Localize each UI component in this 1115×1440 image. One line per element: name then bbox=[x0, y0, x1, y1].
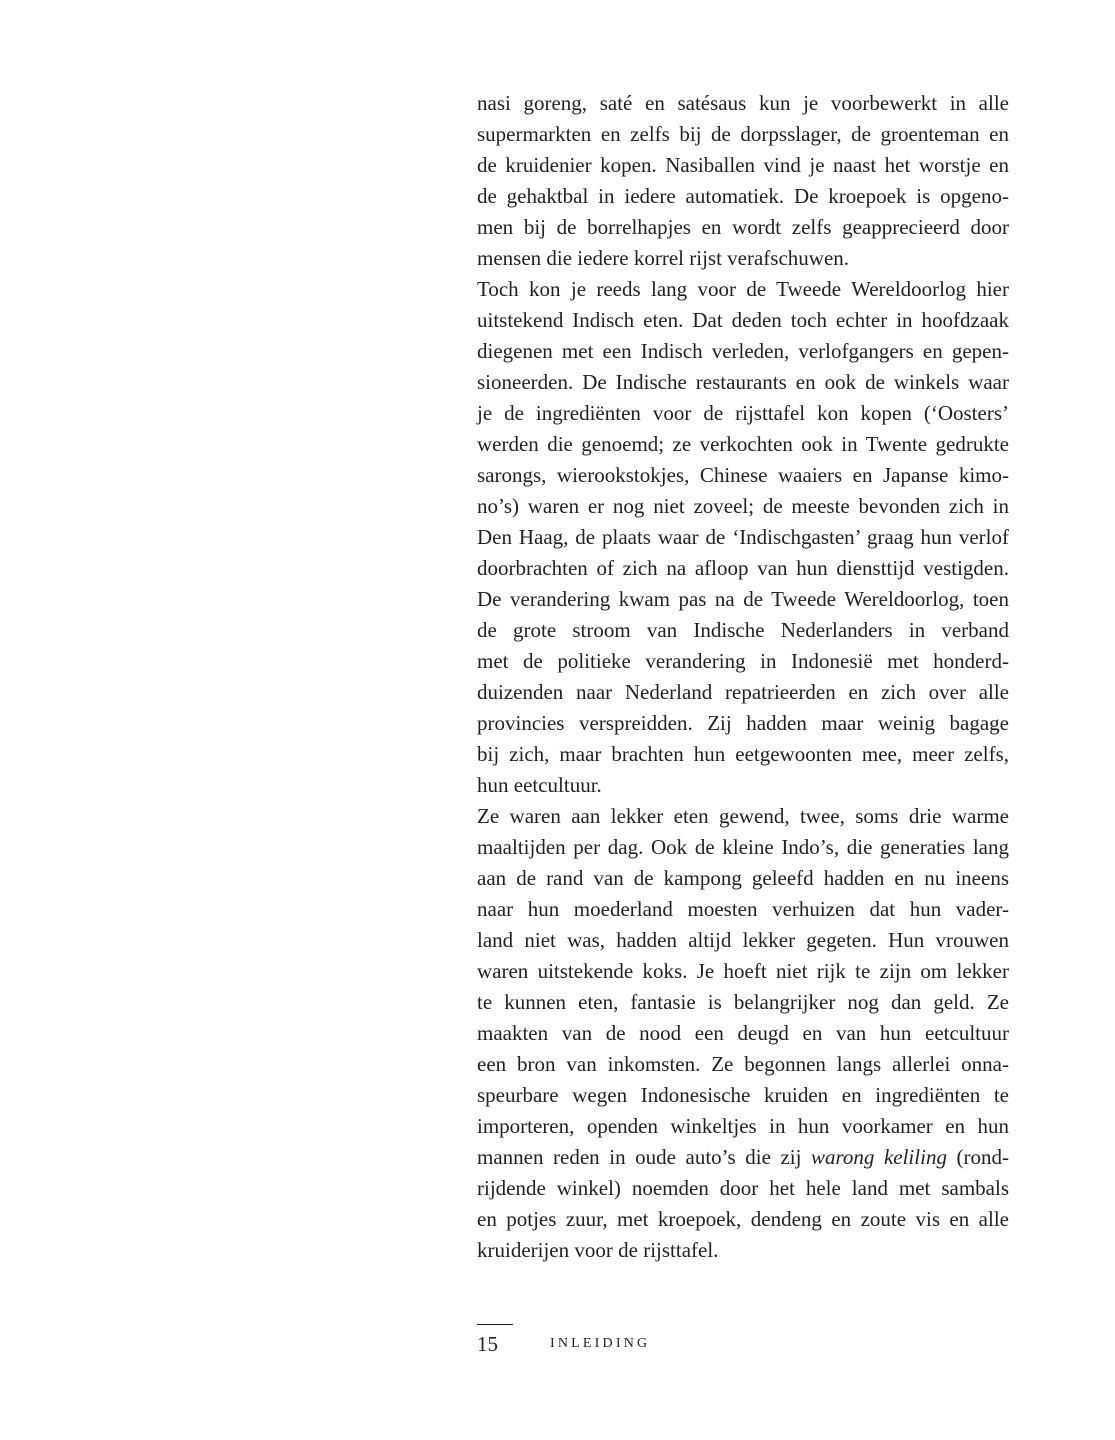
text-line: Den Haag, de plaats waar de ‘Indischgast… bbox=[477, 522, 1009, 553]
text-line-with-italic: mannen reden in oude auto’s die zij waro… bbox=[477, 1142, 1009, 1173]
text-line: en potjes zuur, met kroepoek, dendeng en… bbox=[477, 1204, 1009, 1235]
text-line: land niet was, hadden altijd lekker gege… bbox=[477, 925, 1009, 956]
footer-rule bbox=[477, 1324, 513, 1325]
body-text: nasi goreng, saté en satésaus kun je voo… bbox=[477, 88, 1009, 1266]
text-line: werden die genoemd; ze verkochten ook in… bbox=[477, 429, 1009, 460]
text-line: rijdende winkel) noemden door het hele l… bbox=[477, 1173, 1009, 1204]
text-line: bij zich, maar brachten hun eetgewoonten… bbox=[477, 739, 1009, 770]
paragraph-1: nasi goreng, saté en satésaus kun je voo… bbox=[477, 88, 1009, 274]
text-line: supermarkten en zelfs bij de dorpsslager… bbox=[477, 119, 1009, 150]
text-line: sarongs, wierookstokjes, Chinese waaiers… bbox=[477, 460, 1009, 491]
text-line: Toch kon je reeds lang voor de Tweede We… bbox=[477, 274, 1009, 305]
text-line: met de politieke verandering in Indonesi… bbox=[477, 646, 1009, 677]
text-line: maaltijden per dag. Ook de kleine Indo’s… bbox=[477, 832, 1009, 863]
text-line: de gehaktbal in iedere automatiek. De kr… bbox=[477, 181, 1009, 212]
paragraph-3: Ze waren aan lekker eten gewend, twee, s… bbox=[477, 801, 1009, 1266]
italic-term: warong keliling bbox=[811, 1145, 947, 1169]
text-line: aan de rand van de kampong geleefd hadde… bbox=[477, 863, 1009, 894]
text-line: provincies verspreidden. Zij hadden maar… bbox=[477, 708, 1009, 739]
text-segment: mannen reden in oude auto’s die zij bbox=[477, 1145, 811, 1169]
text-line: diegenen met een Indisch verleden, verlo… bbox=[477, 336, 1009, 367]
text-line: hun eetcultuur. bbox=[477, 770, 1009, 801]
running-head: Inleiding bbox=[550, 1334, 650, 1354]
text-line: men bij de borrelhapjes en wordt zelfs g… bbox=[477, 212, 1009, 243]
text-segment: (rond- bbox=[947, 1145, 1009, 1169]
text-line: te kunnen eten, fantasie is belangrijker… bbox=[477, 987, 1009, 1018]
text-line: Ze waren aan lekker eten gewend, twee, s… bbox=[477, 801, 1009, 832]
text-line: duizenden naar Nederland repatrieerden e… bbox=[477, 677, 1009, 708]
text-line: speurbare wegen Indonesische kruiden en … bbox=[477, 1080, 1009, 1111]
text-line: De verandering kwam pas na de Tweede Wer… bbox=[477, 584, 1009, 615]
text-line: mensen die iedere korrel rijst verafschu… bbox=[477, 243, 1009, 274]
text-line: naar hun moederland moesten verhuizen da… bbox=[477, 894, 1009, 925]
text-line: een bron van inkomsten. Ze begonnen lang… bbox=[477, 1049, 1009, 1080]
text-line: no’s) waren er nog niet zoveel; de meest… bbox=[477, 491, 1009, 522]
text-line: nasi goreng, saté en satésaus kun je voo… bbox=[477, 88, 1009, 119]
paragraph-2: Toch kon je reeds lang voor de Tweede We… bbox=[477, 274, 1009, 801]
page-number: 15 bbox=[477, 1330, 498, 1358]
text-line: kruiderijen voor de rijsttafel. bbox=[477, 1235, 1009, 1266]
text-line: doorbrachten of zich na afloop van hun d… bbox=[477, 553, 1009, 584]
text-line: maakten van de nood een deugd en van hun… bbox=[477, 1018, 1009, 1049]
text-line: de grote stroom van Indische Nederlander… bbox=[477, 615, 1009, 646]
text-line: uitstekend Indisch eten. Dat deden toch … bbox=[477, 305, 1009, 336]
text-line: importeren, openden winkeltjes in hun vo… bbox=[477, 1111, 1009, 1142]
text-line: sioneerden. De Indische restaurants en o… bbox=[477, 367, 1009, 398]
text-line: je de ingrediënten voor de rijsttafel ko… bbox=[477, 398, 1009, 429]
text-line: waren uitstekende koks. Je hoeft niet ri… bbox=[477, 956, 1009, 987]
text-line: de kruidenier kopen. Nasiballen vind je … bbox=[477, 150, 1009, 181]
